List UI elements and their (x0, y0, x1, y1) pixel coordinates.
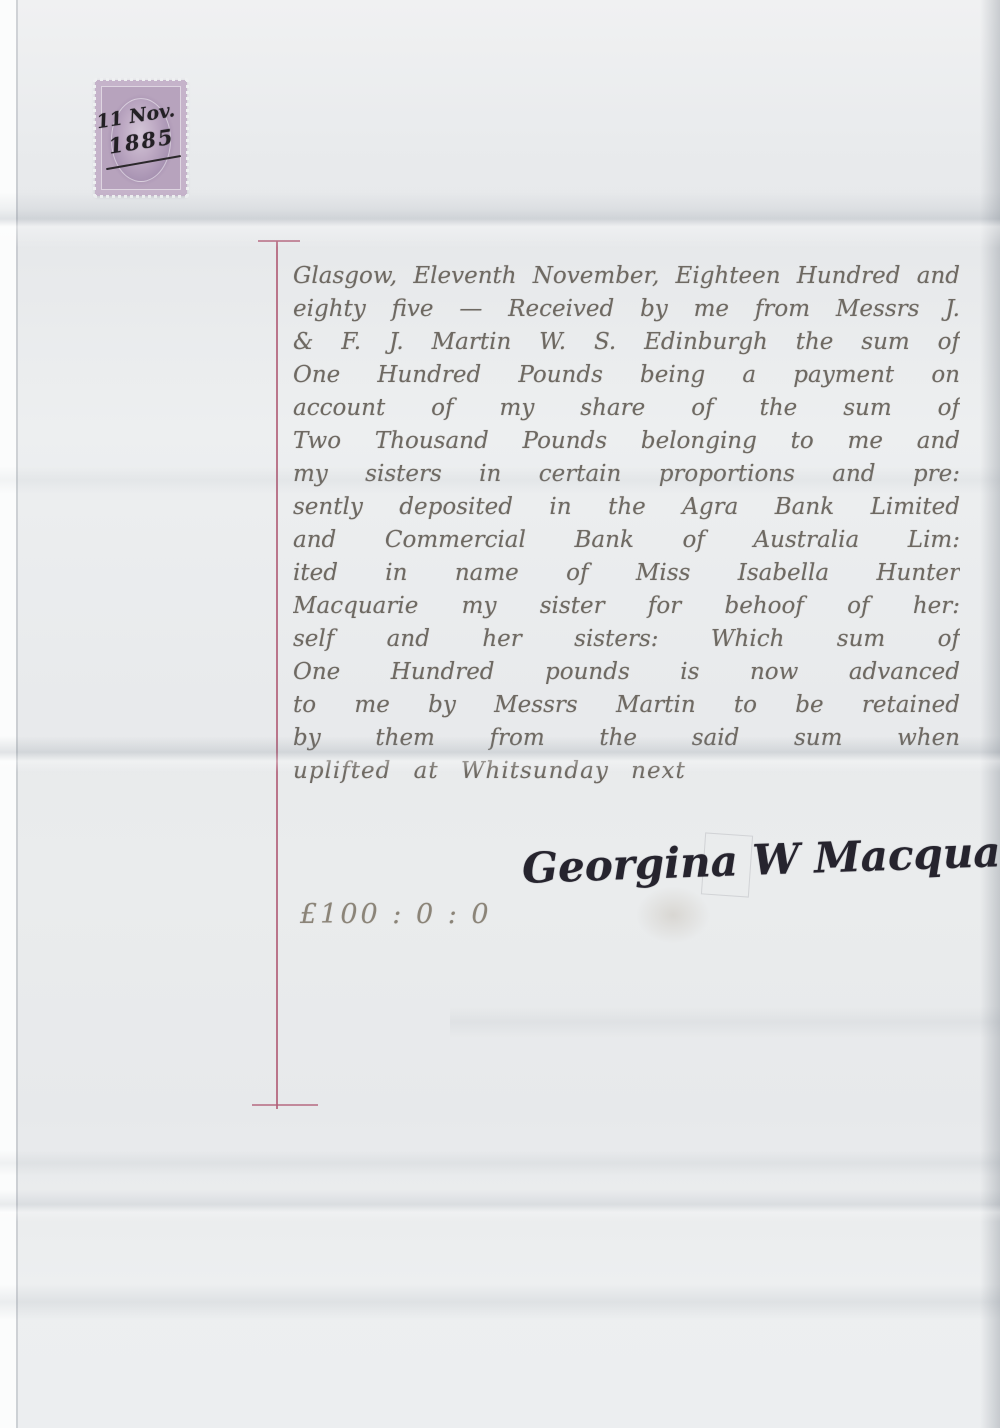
paper-left-edge (16, 0, 18, 1428)
fold-crease-lower-b (0, 1190, 1000, 1222)
handwritten-line: Macquarie my sister for behoof of her: (293, 590, 960, 623)
handwritten-line: and Commercial Bank of Australia Lim: (293, 524, 960, 557)
margin-rule (276, 241, 278, 1109)
handwritten-line: my sisters in certain proportions and pr… (293, 458, 960, 491)
fold-crease-lower-a (0, 1150, 1000, 1176)
scan-left-margin (0, 0, 16, 1428)
scanned-receipt-document: 11 Nov. 1885 Glasgow, Eleventh November,… (0, 0, 1000, 1428)
handwritten-line: & F. J. Martin W. S. Edinburgh the sum o… (293, 326, 960, 359)
handwritten-line: Two Thousand Pounds belonging to me and (293, 425, 960, 458)
receipt-body-text: Glasgow, Eleventh November, Eighteen Hun… (293, 260, 960, 788)
paper-right-edge-shadow (980, 0, 1000, 1428)
handwritten-line: sently deposited in the Agra Bank Limite… (293, 491, 960, 524)
margin-rule-top-tick (258, 240, 300, 242)
amount-figure: £100 : 0 : 0 (300, 899, 492, 930)
handwritten-line: to me by Messrs Martin to be retained (293, 689, 960, 722)
handwritten-line: self and her sisters: Which sum of (293, 623, 960, 656)
handwritten-line: by them from the said sum when (293, 722, 960, 755)
handwritten-line: ited in name of Miss Isabella Hunter (293, 557, 960, 590)
signature: Georgina W Macquarie (521, 828, 972, 893)
revenue-stamp: 11 Nov. 1885 (95, 80, 187, 196)
margin-rule-bottom-tick (252, 1104, 318, 1106)
fold-crease-bottom (0, 1284, 1000, 1320)
paper-smudge (636, 886, 710, 944)
fold-crease-lower-right (450, 1006, 1000, 1038)
handwritten-line: uplifted at Whitsunday next (293, 755, 960, 788)
handwritten-line: account of my share of the sum of (293, 392, 960, 425)
handwritten-line: One Hundred Pounds being a payment on (293, 359, 960, 392)
handwritten-line: Glasgow, Eleventh November, Eighteen Hun… (293, 260, 960, 293)
handwritten-line: One Hundred pounds is now advanced (293, 656, 960, 689)
fold-crease-top (0, 192, 1000, 248)
handwritten-line: eighty five — Received by me from Messrs… (293, 293, 960, 326)
